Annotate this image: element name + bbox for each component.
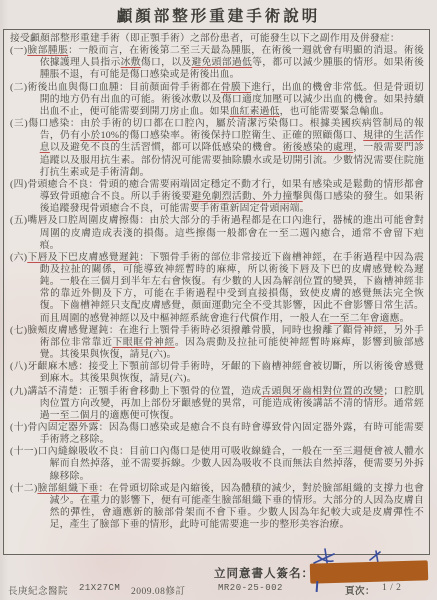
consent-section: (五)嘴唇及口腔周圍皮膚擦傷：由於大部分的手術過程都是在口內進行，器械的進出可能… — [10, 215, 424, 251]
consent-section: (十一)口內縫線吸收不良：目前口內傷口是使用可吸收線縫合，一般在一至三週便會被人… — [10, 446, 424, 482]
red-underlined-text: 避免劇烈活動、外力撞擊 — [191, 191, 302, 202]
section-number: (三) — [10, 118, 28, 129]
consent-body: 接受顱顏部整形重建手術（即正顎手術）之部份患者，可能發生以下之副作用及併發症： … — [10, 33, 424, 531]
consent-section: (一)臉部腫脹：一般而言，在術後第二至三天最為腫脹，在術後一週就會有明顯的消退。… — [10, 45, 424, 81]
section-text: 以及避免不良的生活習慣，都可以降低感染的機會。 — [50, 142, 283, 153]
red-underlined-text: 術後感染的處理 — [282, 142, 353, 153]
section-number: (四) — [10, 179, 27, 190]
red-underlined-text: 冰敷 — [121, 57, 141, 68]
red-underlined-text: 一至二年會適應 — [330, 313, 400, 324]
section-number: (五) — [10, 215, 27, 226]
section-number: (二) — [10, 82, 27, 93]
red-underlined-text: 臉部組織下垂 — [37, 483, 98, 494]
red-underlined-text: 下眼眶骨神經 — [112, 337, 174, 348]
consent-section: (四)骨頭癒合不良：骨頭的癒合需要兩端固定穩定不動才行，如果有感染或是鬆動的情形… — [10, 179, 424, 215]
footer: 長庚紀念醫院 21X27CM 2009.08修訂 MR20-25-002 頁次：… — [0, 583, 437, 598]
section-text: 。 — [400, 313, 410, 324]
section-number: (十) — [10, 422, 27, 433]
footer-form-number: MR20-25-002 — [218, 583, 283, 593]
section-text: ，也可能需要緊急輸血。 — [280, 106, 390, 117]
consent-section: (八)牙齦麻木感：接受上下顎前部切骨手術時，牙齦的下齒槽神經會被切斷，所以術後會… — [10, 361, 424, 385]
section-text: 傷口，以及 — [141, 57, 192, 68]
consent-section: (十)骨內固定器外露：因為傷口感染或是癒合不良有時會導致骨內固定器外露，有時可能… — [10, 422, 424, 446]
footer-revision: 2009.08修訂 — [131, 583, 185, 597]
footer-page-info: 1 / 2 — [382, 583, 401, 593]
section-number: (十一) — [10, 446, 37, 457]
section-text: 講話不清楚：正顎手術會移動上下顎骨的位置，造成 — [27, 386, 261, 397]
section-text: 的適應便可恢復。 — [100, 410, 180, 421]
red-underlined-text: 下唇及下巴皮膚感覺遲鈍 — [27, 252, 139, 263]
red-underlined-text: 避免頭部過低 — [191, 57, 252, 68]
section-number: (八) — [10, 361, 27, 372]
red-underlined-text: 臉部腫脹 — [27, 45, 68, 56]
consent-section: (三)傷口感染：由於手術的切口都在口腔內，屬於清潔污染傷口。根據美國疾病管制局的… — [10, 118, 424, 179]
section-text: 的傷口感染率。術後保持口腔衛生、正確的照顧傷口、 — [119, 130, 363, 141]
red-underlined-text: 一至二個月 — [50, 410, 100, 421]
red-underlined-text: 小於10% — [80, 130, 119, 141]
intro-paragraph: 接受顱顏部整形重建手術（即正顎手術）之部份患者，可能發生以下之副作用及併發症： — [10, 33, 424, 45]
section-number: (六) — [10, 252, 27, 263]
section-text: 口內縫線吸收不良：目前口內傷口是使用可吸收線縫合，一般在一至三週便會被人體水解而… — [37, 446, 424, 481]
section-number: (九) — [10, 386, 27, 397]
section-number: (七) — [10, 325, 27, 336]
section-text: ：在骨頭切除或是內縮後，因為體積的減少，對於臉部組織的支撐力也會減少。在重力的影… — [50, 483, 424, 530]
consent-sections: (一)臉部腫脹：一般而言，在術後第二至三天最為腫脹，在術後一週就會有明顯的消退。… — [10, 45, 424, 531]
red-underlined-text: 舌頭與牙齒相對位置的改變 — [261, 386, 383, 397]
consent-section: (六)下唇及下巴皮膚感覺遲鈍：下顎骨手術的部位非常接近下齒槽神經，在手術過程中因… — [10, 252, 424, 325]
content-box: 接受顱顏部整形重建手術（即正顎手術）之部份患者，可能發生以下之副作用及併發症： … — [3, 29, 430, 555]
footer-page-label: 頁次： — [345, 583, 375, 597]
signature-redaction — [310, 560, 429, 583]
section-text: 嘴唇及口腔周圍皮膚擦傷：由於大部分的手術過程都是在口內進行，器械的進出可能會對周… — [27, 215, 424, 250]
section-text: 術後出血與傷口血腫：目前顏面骨手術都在 — [27, 82, 220, 93]
consent-section: (七)臉頰皮膚感覺遲鈍：在進行上顎骨手術時必須撥離骨膜，同時也撥離了顴骨神經，另… — [10, 325, 424, 361]
red-underlined-text: 血紅素過低 — [230, 106, 280, 117]
scanned-consent-form: { "colors": { "underline": "#c0504d", "r… — [0, 0, 437, 600]
consent-section: (十二)臉部組織下垂：在骨頭切除或是內縮後，因為體積的減少，對於臉部組織的支撐力… — [10, 483, 424, 532]
consent-section: (二)術後出血與傷口血腫：目前顏面骨手術都在骨膜下進行，出血的機會非常低。但是骨… — [10, 82, 424, 118]
red-underlined-text: 骨膜下 — [221, 82, 252, 93]
section-number: (十二) — [10, 483, 37, 494]
section-text: 牙齦麻木感：接受上下顎前部切骨手術時，牙齦的下齒槽神經會被切斷，所以術後會感覺到… — [27, 361, 424, 384]
section-number: (一) — [10, 45, 27, 56]
page-title: 顱顏部整形重建手術說明 — [0, 4, 437, 26]
footer-hospital: 長庚紀念醫院 — [8, 583, 68, 597]
signature-label: 立同意書人簽名： — [214, 565, 314, 581]
section-text: 骨內固定器外露：因為傷口感染或是癒合不良有時會導致骨內固定器外露，有時可能需要手… — [27, 422, 424, 445]
consent-section: (九)講話不清楚：正顎手術會移動上下顎骨的位置，造成舌頭與牙齒相對位置的改變；口… — [10, 386, 424, 422]
footer-paper-size: 21X27CM — [79, 583, 120, 593]
